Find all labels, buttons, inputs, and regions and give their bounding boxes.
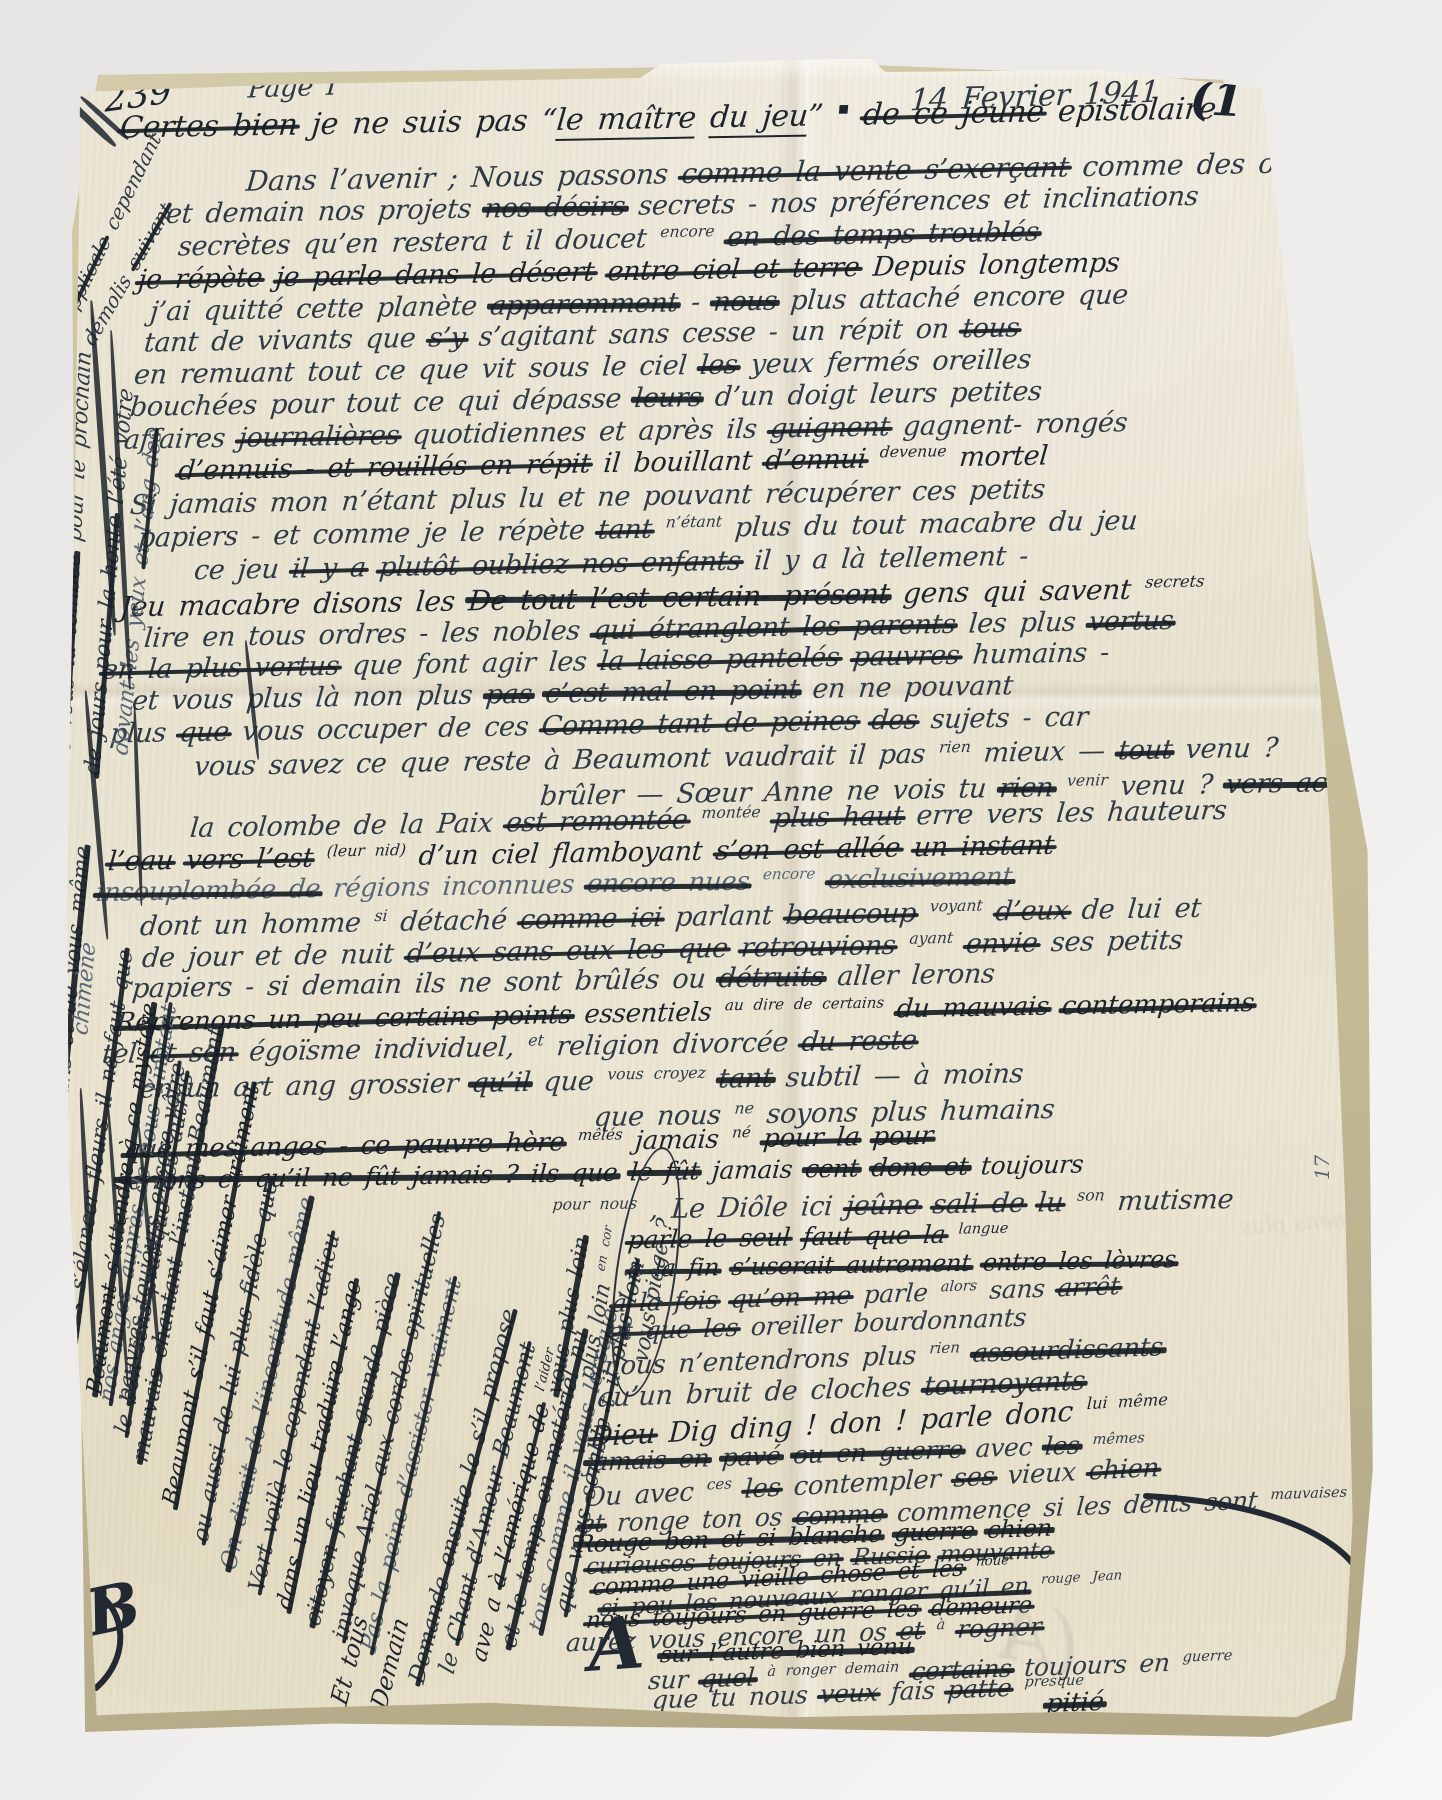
inserted-text: si [374, 906, 389, 925]
struck-text: faut que la [802, 1220, 947, 1252]
handwritten-text: de lui et [1067, 893, 1202, 926]
handwritten-text: il y a là tellement - [739, 541, 1029, 577]
handwritten-text: les plus [954, 606, 1090, 639]
handwritten-text: la colombe de la Paix [189, 808, 508, 845]
struck-text: retrouvions [740, 930, 897, 964]
inserted-text: pour nous [552, 1193, 638, 1214]
handwritten-text: plus attaché encore que [776, 279, 1130, 316]
inserted-text: ▪ [837, 99, 851, 119]
inserted-text: rien [929, 1338, 961, 1357]
big-letter-a: A [586, 1606, 647, 1682]
handwritten-text: epistolaire [1042, 91, 1217, 129]
handwritten-text: détaché [386, 905, 522, 938]
struck-text: tout [1117, 734, 1174, 766]
struck-text: cent [804, 1153, 860, 1183]
inserted-text: son [1076, 1185, 1105, 1205]
handwritten-text: plus du tout macabre du jeu [720, 505, 1138, 543]
handwritten-text: humains - [958, 637, 1110, 671]
handwritten-text: Depuis longtemps [858, 247, 1121, 283]
struck-text: arrêt [1057, 1271, 1121, 1302]
struck-text: pas [484, 679, 533, 711]
struck-text: guignent [769, 411, 892, 444]
struck-text: vertus [1088, 605, 1175, 638]
struck-text: patte [946, 1673, 1012, 1704]
struck-text: un instant [912, 830, 1055, 864]
struck-text: tant [597, 514, 654, 546]
handwritten-text: ce jeu [193, 554, 294, 587]
handwritten-text: jamais [621, 1124, 733, 1156]
inserted-text: ne [734, 1098, 755, 1117]
handwritten-text: parlant [661, 900, 787, 933]
handwritten-text: du jeu [708, 99, 809, 139]
struck-text: qu’il [470, 1067, 532, 1099]
struck-text: de ce jeune [862, 94, 1046, 132]
handwritten-text: sans [976, 1273, 1059, 1305]
struck-text: tant [717, 1063, 774, 1095]
ghost-text: (A [990, 1587, 1086, 1687]
struck-text: que [178, 716, 230, 748]
struck-text: pour la [762, 1122, 861, 1154]
struck-text: est remontée [505, 804, 689, 838]
struck-text: pauvres [851, 640, 960, 673]
handwritten-text: et demain nos projets [165, 193, 486, 230]
handwritten-text: vous occuper de ces [228, 711, 543, 748]
handwritten-text: comme des ombres [1068, 145, 1364, 183]
inserted-text: ces [706, 1474, 732, 1493]
struck-text: ses [953, 1461, 996, 1493]
pen-flourish-stroke [1146, 1496, 1371, 1648]
handwritten-text: que font agir les [338, 646, 601, 682]
struck-text: apparemment [489, 287, 679, 321]
handwritten-text: parle [850, 1277, 941, 1309]
inserted-text: voyant [929, 895, 983, 915]
struck-text: nous [712, 286, 778, 318]
handwritten-text: d’un doigt leurs petites [700, 376, 1043, 413]
struck-text: journalières [237, 420, 401, 454]
inserted-text: mêlés [577, 1126, 623, 1145]
handwritten-text: régions inconnues [319, 869, 588, 904]
handwritten-text: d’un ciel flamboyant [404, 836, 717, 872]
handwritten-text: mieux — [969, 735, 1120, 769]
struck-text: insouplombée de [95, 874, 322, 908]
handwritten-text: il bouillant [589, 445, 767, 479]
handwritten-text: dont un homme [139, 907, 376, 942]
struck-text: en des temps troublés [726, 216, 1040, 252]
struck-text: pavé [721, 1441, 782, 1472]
inserted-text: devenue [879, 441, 947, 461]
struck-text: détruits [717, 961, 825, 994]
struck-text: vers l’est [185, 843, 314, 876]
handwritten-text: ses petits [1036, 925, 1184, 959]
struck-text: je répète [137, 262, 264, 295]
struck-text: de vous la tombée [50, 551, 86, 767]
handwritten-text: religion divorcée [542, 1027, 803, 1063]
handwritten-text: subtil — à moins [771, 1058, 1024, 1093]
manuscript-line: parle le seul faut que la langue [627, 1221, 1009, 1253]
struck-text: d’ennui [764, 444, 867, 477]
handwritten-text: tant de vivants que [143, 323, 430, 359]
struck-text: entre ciel et terre [606, 252, 861, 287]
struck-text: nos désirs [483, 191, 626, 225]
inserted-text: et [528, 1030, 545, 1049]
inserted-text: rouge [1041, 1571, 1081, 1588]
struck-text: il y a [291, 552, 368, 584]
handwritten-text: gagnent- rongés [889, 407, 1129, 442]
handwritten-text: aller lerons [823, 958, 996, 992]
inserted-text: en cor [593, 1224, 615, 1273]
handwritten-text: que tu nous [651, 1680, 821, 1715]
struck-text: donc et [870, 1152, 969, 1183]
inserted-text: langue [958, 1220, 1009, 1237]
handwritten-text: toujours [967, 1150, 1085, 1181]
struck-text: d’ennuis - et rouillés en répit [177, 448, 592, 486]
inserted-text: encore [660, 221, 716, 241]
inserted-text: né [731, 1123, 751, 1141]
struck-text: du mauvais [895, 992, 1050, 1025]
margin-number: 17 [1312, 1155, 1332, 1180]
struck-text: envie [965, 927, 1039, 959]
handwritten-text: yeux fermés oreilles [736, 344, 1032, 380]
struck-text: comme ici [519, 902, 664, 936]
struck-text: s’en est allée [714, 832, 901, 866]
handwritten-text: fais [877, 1675, 948, 1706]
struck-text: tous [961, 312, 1021, 344]
struck-text: c’est mal en point [544, 674, 801, 709]
handwritten-text: et vous plus là non plus [131, 679, 487, 716]
struck-text: s’y [427, 322, 467, 354]
struck-text: sali de [931, 1188, 1026, 1221]
handwritten-text: venu ? [1171, 733, 1279, 766]
struck-text: les [744, 1473, 782, 1505]
inserted-text: lui même [1086, 1390, 1168, 1413]
handwritten-text: ” [806, 98, 838, 134]
inserted-text: mêmes [1092, 1430, 1145, 1448]
handwritten-text: mortel [945, 440, 1049, 473]
handwritten-text: je ne suis pas “ [296, 103, 558, 143]
inserted-text: n’étant [665, 511, 723, 531]
struck-text: je parle dans le désert [274, 257, 595, 294]
struck-text: plutôt oubliez nos enfants [378, 546, 742, 583]
struck-text: la laisse pantelés [599, 642, 841, 677]
inserted-text: noué [976, 1553, 1010, 1570]
struck-text: les [699, 349, 739, 381]
inserted-text: au dire de certains [724, 994, 885, 1015]
struck-text: exclusivement [826, 862, 1013, 895]
handwritten-text: gens qui savent [888, 573, 1146, 611]
inserted-text: alors [940, 1278, 977, 1295]
inserted-text: encore [762, 865, 816, 884]
struck-text: chien [1088, 1453, 1160, 1487]
inserted-text: venir [1066, 770, 1108, 790]
struck-text: pour [871, 1121, 934, 1152]
inserted-text: secrets [1144, 572, 1205, 592]
struck-text: beaucoup [784, 898, 917, 931]
struck-text: veux [819, 1678, 879, 1709]
struck-text: contemporains [1061, 988, 1256, 1021]
struck-text: s’userait autrement [730, 1249, 972, 1281]
struck-text: des [870, 704, 919, 736]
handwritten-text: que [529, 1066, 608, 1098]
handwritten-text: en ne pouvant [798, 670, 1014, 705]
struck-text: du reste [800, 1025, 918, 1058]
top-fold-flap [629, 59, 1271, 84]
handwritten-text: égoïsme individuel, [235, 1032, 529, 1068]
inserted-text: ayant [909, 928, 955, 948]
inserted-text: à [936, 1617, 946, 1633]
handwritten-text: sujets - car [916, 701, 1089, 735]
struck-text: jeûne [844, 1190, 920, 1222]
struck-text: Comme tant de peines [540, 705, 859, 742]
manuscript-sheet: 239 Page I 14 Fevrier 1941 (1 17 Certes … [0, 0, 1442, 1800]
photo-background: 239 Page I 14 Fevrier 1941 (1 17 Certes … [0, 0, 1442, 1800]
inserted-text: mauvaises [1270, 1484, 1348, 1503]
struck-text: assourdissants [972, 1332, 1164, 1369]
handwritten-text: pour le prochain [61, 350, 96, 555]
inserted-text: montée [701, 802, 762, 822]
inserted-text: rien [938, 737, 972, 757]
handwritten-text: vieux [994, 1457, 1090, 1492]
handwritten-text: papiers - et comme je le répète [137, 515, 600, 554]
ghost-text: Ribeauce [319, 1732, 443, 1770]
handwritten-text: erre vers les hauteurs [902, 795, 1228, 832]
struck-text: les [1044, 1430, 1081, 1460]
inserted-text: (leur nid) [326, 840, 407, 860]
handwritten-text: mutisme [1103, 1184, 1235, 1217]
ghost-text: mes ondes revenues [1361, 189, 1402, 417]
handwritten-text: jamais [698, 1154, 806, 1185]
inserted-text: Jean [1092, 1569, 1123, 1586]
struck-text: d’eux [994, 895, 1070, 927]
handwritten-text: le maître [555, 100, 698, 140]
struck-text: leurs [633, 382, 703, 414]
struck-text: lu [1037, 1187, 1065, 1218]
margin-line: chimène [70, 940, 100, 1036]
handwritten-text: essentiels [570, 997, 726, 1030]
struck-text: encore nues [586, 867, 751, 900]
struck-text: plus haut [772, 801, 904, 834]
inserted-text: guerre [1182, 1647, 1233, 1665]
inserted-text: vous croyez [607, 1063, 707, 1084]
